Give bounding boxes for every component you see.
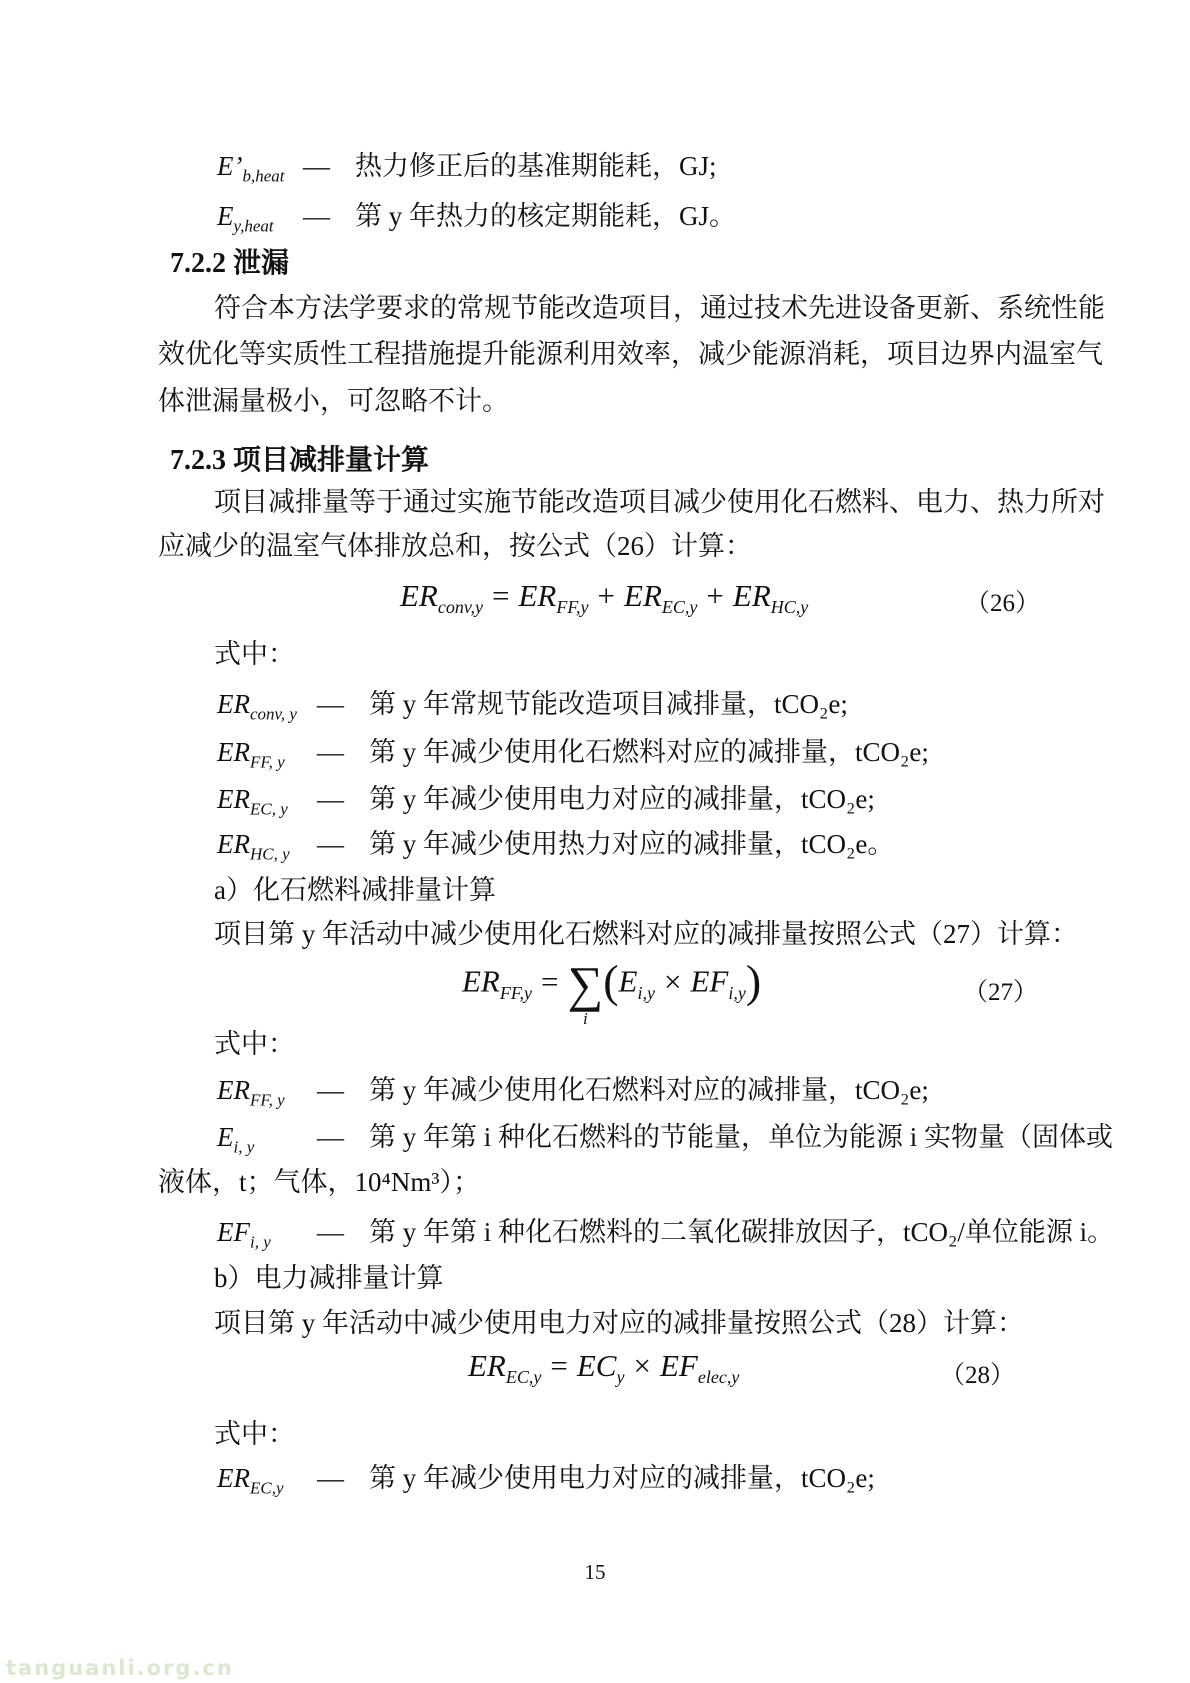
- def-text: 第 y 年减少使用化石燃料对应的减排量，tCO₂e;: [369, 1075, 929, 1105]
- def-line: ERconv, y—第 y 年常规节能改造项目减排量，tCO₂e;: [217, 688, 848, 725]
- paragraph-line: 项目减排量等于通过实施节能改造项目减少使用化石燃料、电力、热力所对: [214, 486, 1105, 520]
- dash: —: [317, 1121, 369, 1155]
- def-text: 第 y 年减少使用电力对应的减排量，tCO₂e;: [369, 1463, 875, 1493]
- paragraph-line: 项目第 y 年活动中减少使用化石燃料对应的减排量按照公式（27）计算：: [214, 918, 1078, 952]
- def-text: 热力修正后的基准期能耗，GJ;: [355, 151, 717, 181]
- def-text: 第 y 年第 i 种化石燃料的二氧化碳排放因子，tCO₂/单位能源 i。: [369, 1217, 1114, 1247]
- symbol: ERFF, y: [217, 736, 317, 773]
- symbol: E’b,heat: [217, 150, 303, 187]
- formula-28: EREC,y=ECy×EFelec,y: [468, 1348, 739, 1388]
- watermark: tanguanli.org.cn: [6, 1656, 234, 1680]
- symbol: ERHC, y: [217, 828, 317, 865]
- dash: —: [303, 200, 355, 234]
- def-line: ERHC, y—第 y 年减少使用热力对应的减排量，tCO₂e。: [217, 828, 894, 865]
- def-text: 第 y 年第 i 种化石燃料的节能量，单位为能源 i 实物量（固体或: [369, 1122, 1113, 1152]
- sum-symbol: ∑i: [568, 962, 604, 1027]
- symbol: ERconv, y: [217, 688, 317, 725]
- paragraph-line: 效优化等实质性工程措施提升能源利用效率，减少能源消耗，项目边界内温室气: [158, 338, 1103, 372]
- where-label: 式中：: [214, 638, 295, 672]
- formula-26: ERconv,y=ERFF,y+EREC,y+ERHC,y: [400, 578, 808, 618]
- paragraph-line: 项目第 y 年活动中减少使用电力对应的减排量按照公式（28）计算：: [214, 1307, 1024, 1341]
- section-heading-722: 7.2.2 泄漏: [170, 246, 289, 281]
- dash: —: [303, 150, 355, 184]
- formula-28-number: （28）: [940, 1355, 1015, 1391]
- symbol: Ey,heat: [217, 200, 303, 237]
- def-line: E’b,heat—热力修正后的基准期能耗，GJ;: [217, 150, 717, 187]
- def-text: 第 y 年减少使用电力对应的减排量，tCO₂e;: [369, 784, 875, 814]
- page-number: 15: [0, 1560, 1190, 1585]
- def-text: 第 y 年减少使用热力对应的减排量，tCO₂e。: [369, 829, 894, 859]
- subsection-b-label: b）电力减排量计算: [214, 1262, 444, 1296]
- def-text: 第 y 年热力的核定期能耗，GJ。: [355, 201, 736, 231]
- def-text: 第 y 年常规节能改造项目减排量，tCO₂e;: [369, 689, 848, 719]
- symbol: EFi, y: [217, 1216, 317, 1253]
- symbol: EREC,y: [217, 1462, 317, 1499]
- def-text: 第 y 年减少使用化石燃料对应的减排量，tCO₂e;: [369, 737, 929, 767]
- document-page: E’b,heat—热力修正后的基准期能耗，GJ; Ey,heat—第 y 年热力…: [0, 0, 1190, 1683]
- paragraph-line: 应减少的温室气体排放总和，按公式（26）计算：: [158, 530, 752, 564]
- def-text-continuation: 液体，t；气体，10⁴Nm³）；: [158, 1166, 480, 1200]
- def-line: Ei, y—第 y 年第 i 种化石燃料的节能量，单位为能源 i 实物量（固体或: [217, 1121, 1113, 1158]
- formula-26-number: （26）: [965, 583, 1040, 619]
- def-line: EREC, y—第 y 年减少使用电力对应的减排量，tCO₂e;: [217, 783, 875, 820]
- where-label: 式中：: [214, 1028, 295, 1062]
- symbol: EREC, y: [217, 783, 317, 820]
- def-line: ERFF, y—第 y 年减少使用化石燃料对应的减排量，tCO₂e;: [217, 1074, 929, 1111]
- dash: —: [317, 736, 369, 770]
- symbol: ERFF, y: [217, 1074, 317, 1111]
- def-line: Ey,heat—第 y 年热力的核定期能耗，GJ。: [217, 200, 736, 237]
- paragraph-line: 体泄漏量极小，可忽略不计。: [158, 385, 509, 419]
- formula-27: ERFF,y=∑i(Ei,y×EFi,y): [462, 952, 761, 1017]
- dash: —: [317, 1216, 369, 1250]
- dash: —: [317, 688, 369, 722]
- def-line: EFi, y—第 y 年第 i 种化石燃料的二氧化碳排放因子，tCO₂/单位能源…: [217, 1216, 1114, 1253]
- symbol: Ei, y: [217, 1121, 317, 1158]
- dash: —: [317, 1462, 369, 1496]
- dash: —: [317, 783, 369, 817]
- def-line: EREC,y—第 y 年减少使用电力对应的减排量，tCO₂e;: [217, 1462, 875, 1499]
- dash: —: [317, 1074, 369, 1108]
- where-label: 式中：: [214, 1418, 295, 1452]
- def-line: ERFF, y—第 y 年减少使用化石燃料对应的减排量，tCO₂e;: [217, 736, 929, 773]
- paragraph-line: 符合本方法学要求的常规节能改造项目，通过技术先进设备更新、系统性能: [214, 292, 1105, 326]
- subsection-a-label: a）化石燃料减排量计算: [214, 874, 496, 908]
- section-heading-723: 7.2.3 项目减排量计算: [170, 443, 429, 478]
- formula-27-number: （27）: [963, 972, 1038, 1008]
- dash: —: [317, 828, 369, 862]
